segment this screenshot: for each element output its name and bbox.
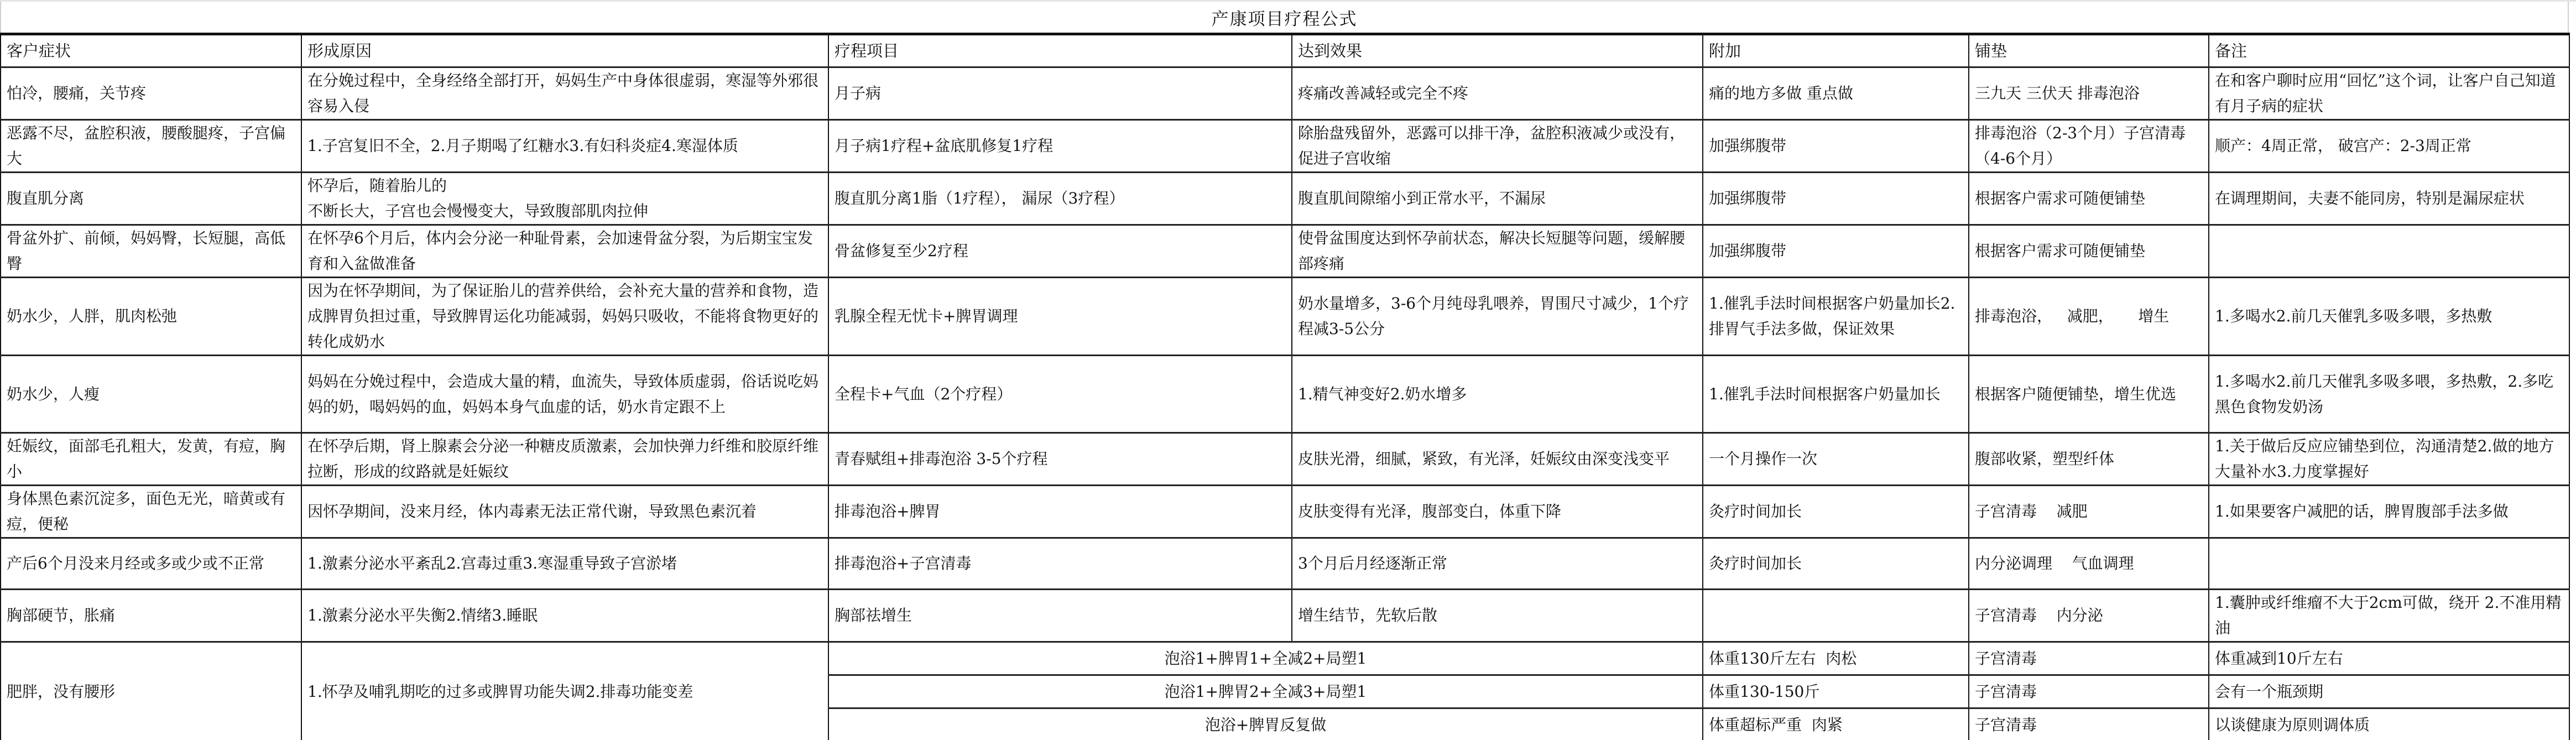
table-row: 妊娠纹，面部毛孔粗大，发黄，有痘，胸小 在怀孕后期，肾上腺素会分泌一种糖皮质激素… [1,433,2569,486]
table-row: 奶水少，人胖，肌肉松弛 因为在怀孕期间，为了保证胎儿的营养供给，会补充大量的营养… [1,278,2569,356]
cell-effect[interactable]: 腹直肌间隙缩小到正常水平，不漏尿 [1292,173,1703,225]
header-extra[interactable]: 附加 [1703,34,1969,67]
cell-effect[interactable]: 增生结节，先软后散 [1292,590,1703,642]
cell-symptom[interactable]: 骨盆外扩、前倾，妈妈臀，长短腿，高低臀 [1,225,301,278]
cell-prep[interactable]: 子宫清毒 [1969,708,2209,740]
table-row: 奶水少，人瘦 妈妈在分娩过程中，会造成大量的精，血流失，导致体质虚弱，俗话说吃妈… [1,356,2569,433]
cell-symptom[interactable]: 奶水少，人胖，肌肉松弛 [1,278,301,356]
header-symptom[interactable]: 客户症状 [1,34,301,67]
cell-note[interactable]: 1.多喝水2.前几天催乳多吸多喂，多热敷 [2209,278,2569,356]
table-row-obesity: 肥胖，没有腰形 1.怀孕及哺乳期吃的过多或脾胃功能失调2.排毒功能变差 泡浴1+… [1,642,2569,675]
cell-prep[interactable]: 排毒泡浴（2-3个月）子宫清毒（4-6个月） [1969,120,2209,173]
cell-program[interactable]: 乳腺全程无忧卡+脾胃调理 [828,278,1292,356]
cell-program[interactable]: 青春赋组+排毒泡浴 3-5个疗程 [828,433,1292,486]
treatment-table: 客户症状 形成原因 疗程项目 达到效果 附加 铺垫 备注 怕冷，腰痛，关节疼 在… [0,33,2570,740]
header-note[interactable]: 备注 [2209,34,2569,67]
cell-cause[interactable]: 妈妈在分娩过程中，会造成大量的精，血流失，导致体质虚弱，俗话说吃妈妈的奶，喝妈妈… [301,356,828,433]
table-row: 身体黑色素沉淀多，面色无光，暗黄或有痘，便秘 因怀孕期间，没来月经，体内毒素无法… [1,486,2569,538]
cell-symptom[interactable]: 肥胖，没有腰形 [1,642,301,740]
cell-note[interactable] [2209,538,2569,590]
cell-prep[interactable]: 内分泌调理 气血调理 [1969,538,2209,590]
cell-symptom[interactable]: 身体黑色素沉淀多，面色无光，暗黄或有痘，便秘 [1,486,301,538]
header-row: 客户症状 形成原因 疗程项目 达到效果 附加 铺垫 备注 [1,34,2569,67]
cell-extra[interactable]: 1.催乳手法时间根据客户奶量加长 [1703,356,1969,433]
cell-program[interactable]: 腹直肌分离1脂（1疗程）， 漏尿（3疗程） [828,173,1292,225]
cell-extra[interactable]: 灸疗时间加长 [1703,538,1969,590]
cell-program[interactable]: 泡浴1+脾胃1+全减2+局塑1 [828,642,1703,675]
cell-note[interactable] [2209,225,2569,278]
cell-extra[interactable]: 体重超标严重 肉紧 [1703,708,1969,740]
cell-program[interactable]: 排毒泡浴+脾胃 [828,486,1292,538]
header-cause[interactable]: 形成原因 [301,34,828,67]
table-row: 腹直肌分离 怀孕后，随着胎儿的 不断长大，子宫也会慢慢变大，导致腹部肌肉拉伸 腹… [1,173,2569,225]
cell-effect[interactable]: 皮肤变得有光泽，腹部变白，体重下降 [1292,486,1703,538]
cell-prep[interactable]: 子宫清毒 减肥 [1969,486,2209,538]
cell-program[interactable]: 胸部祛增生 [828,590,1292,642]
cell-program[interactable]: 月子病 [828,67,1292,120]
spreadsheet: 产康项目疗程公式 客户症状 形成原因 疗程项目 达到效果 附加 铺垫 备注 [0,2,2569,740]
header-effect[interactable]: 达到效果 [1292,34,1703,67]
cell-extra[interactable]: 加强绑腹带 [1703,225,1969,278]
cell-extra[interactable] [1703,590,1969,642]
cell-cause[interactable]: 在怀孕6个月后，体内会分泌一种耻骨素，会加速骨盆分裂，为后期宝宝发育和入盆做准备 [301,225,828,278]
cell-prep[interactable]: 三九天 三伏天 排毒泡浴 [1969,67,2209,120]
cell-extra[interactable]: 痛的地方多做 重点做 [1703,67,1969,120]
cell-note[interactable]: 1.囊肿或纤维瘤不大于2cm可做，绕开 2.不准用精油 [2209,590,2569,642]
cell-cause[interactable]: 怀孕后，随着胎儿的 不断长大，子宫也会慢慢变大，导致腹部肌肉拉伸 [301,173,828,225]
cell-extra[interactable]: 加强绑腹带 [1703,120,1969,173]
cell-effect[interactable]: 奶水量增多，3-6个月纯母乳喂养，胃围尺寸减少，1个疗程减3-5公分 [1292,278,1703,356]
table-row: 怕冷，腰痛，关节疼 在分娩过程中，全身经络全部打开，妈妈生产中身体很虚弱，寒湿等… [1,67,2569,120]
cell-prep[interactable]: 子宫清毒 [1969,675,2209,708]
cell-symptom[interactable]: 产后6个月没来月经或多或少或不正常 [1,538,301,590]
cell-cause[interactable]: 1.激素分泌水平紊乱2.宫毒过重3.寒湿重导致子宫淤堵 [301,538,828,590]
cell-note[interactable]: 1.多喝水2.前几天催乳多吸多喂，多热敷，2.多吃黑色食物发奶汤 [2209,356,2569,433]
cell-effect[interactable]: 疼痛改善减轻或完全不疼 [1292,67,1703,120]
cell-prep[interactable]: 子宫清毒 [1969,642,2209,675]
cell-note[interactable]: 在和客户聊时应用“回忆”这个词，让客户自己知道有月子病的症状 [2209,67,2569,120]
table-row: 恶露不尽，盆腔积液，腰酸腿疼，子宫偏大 1.子宫复旧不全，2.月子期喝了红糖水3… [1,120,2569,173]
cell-effect[interactable]: 3个月后月经逐渐正常 [1292,538,1703,590]
table-row: 产后6个月没来月经或多或少或不正常 1.激素分泌水平紊乱2.宫毒过重3.寒湿重导… [1,538,2569,590]
cell-cause[interactable]: 因怀孕期间，没来月经，体内毒素无法正常代谢，导致黑色素沉着 [301,486,828,538]
table-row: 胸部硬节，胀痛 1.激素分泌水平失衡2.情绪3.睡眠 胸部祛增生 增生结节，先软… [1,590,2569,642]
cell-effect[interactable]: 皮肤光滑，细腻，紧致，有光泽，妊娠纹由深变浅变平 [1292,433,1703,486]
cell-symptom[interactable]: 恶露不尽，盆腔积液，腰酸腿疼，子宫偏大 [1,120,301,173]
cell-program[interactable]: 排毒泡浴+子宫清毒 [828,538,1292,590]
cell-cause[interactable]: 1.子宫复旧不全，2.月子期喝了红糖水3.有妇科炎症4.寒湿体质 [301,120,828,173]
cell-symptom[interactable]: 奶水少，人瘦 [1,356,301,433]
cell-cause[interactable]: 1.激素分泌水平失衡2.情绪3.睡眠 [301,590,828,642]
cell-extra[interactable]: 体重130-150斤 [1703,675,1969,708]
cell-prep[interactable]: 腹部收紧，塑型纤体 [1969,433,2209,486]
cell-extra[interactable]: 灸疗时间加长 [1703,486,1969,538]
cell-symptom[interactable]: 胸部硬节，胀痛 [1,590,301,642]
cell-symptom[interactable]: 腹直肌分离 [1,173,301,225]
cell-note[interactable]: 1.关于做后反应应铺垫到位，沟通清楚2.做的地方大量补水3.力度掌握好 [2209,433,2569,486]
cell-program[interactable]: 全程卡+气血（2个疗程） [828,356,1292,433]
cell-extra[interactable]: 一个月操作一次 [1703,433,1969,486]
cell-extra[interactable]: 体重130斤左右 肉松 [1703,642,1969,675]
cell-note[interactable]: 体重减到10斤左右 [2209,642,2569,675]
cell-prep[interactable]: 根据客户随便铺垫，增生优选 [1969,356,2209,433]
cell-effect[interactable]: 使骨盆围度达到怀孕前状态，解决长短腿等问题，缓解腰部疼痛 [1292,225,1703,278]
cell-note[interactable]: 顺产：4周正常， 破宫产：2-3周正常 [2209,120,2569,173]
cell-extra[interactable]: 加强绑腹带 [1703,173,1969,225]
cell-program[interactable]: 骨盆修复至少2疗程 [828,225,1292,278]
cell-prep[interactable]: 根据客户需求可随便铺垫 [1969,173,2209,225]
cell-extra[interactable]: 1.催乳手法时间根据客户奶量加长2.排胃气手法多做，保证效果 [1703,278,1969,356]
cell-note[interactable]: 以谈健康为原则调体质 [2209,708,2569,740]
cell-cause[interactable]: 在怀孕后期，肾上腺素会分泌一种糖皮质激素，会加快弹力纤维和胶原纤维拉断，形成的纹… [301,433,828,486]
table-row: 骨盆外扩、前倾，妈妈臀，长短腿，高低臀 在怀孕6个月后，体内会分泌一种耻骨素，会… [1,225,2569,278]
cell-effect[interactable]: 1.精气神变好2.奶水增多 [1292,356,1703,433]
cell-prep[interactable]: 根据客户需求可随便铺垫 [1969,225,2209,278]
cell-cause[interactable]: 1.怀孕及哺乳期吃的过多或脾胃功能失调2.排毒功能变差 [301,642,828,740]
cell-symptom[interactable]: 怕冷，腰痛，关节疼 [1,67,301,120]
sheet-title: 产康项目疗程公式 [0,2,2569,33]
cell-program[interactable]: 泡浴1+脾胃2+全减3+局塑1 [828,675,1703,708]
cell-cause[interactable]: 在分娩过程中，全身经络全部打开，妈妈生产中身体很虚弱，寒湿等外邪很容易入侵 [301,67,828,120]
cell-effect[interactable]: 除胎盘残留外，恶露可以排干净，盆腔积液减少或没有，促进子宫收缩 [1292,120,1703,173]
cell-prep[interactable]: 排毒泡浴， 减肥， 增生 [1969,278,2209,356]
cell-prep[interactable]: 子宫清毒 内分泌 [1969,590,2209,642]
cell-note[interactable]: 1.如果要客户减肥的话，脾胃腹部手法多做 [2209,486,2569,538]
cell-program[interactable]: 泡浴+脾胃反复做 [828,708,1703,740]
header-prep[interactable]: 铺垫 [1969,34,2209,67]
cell-program[interactable]: 月子病1疗程+盆底肌修复1疗程 [828,120,1292,173]
cell-note[interactable]: 会有一个瓶颈期 [2209,675,2569,708]
cell-cause[interactable]: 因为在怀孕期间，为了保证胎儿的营养供给，会补充大量的营养和食物，造成脾胃负担过重… [301,278,828,356]
cell-symptom[interactable]: 妊娠纹，面部毛孔粗大，发黄，有痘，胸小 [1,433,301,486]
header-program[interactable]: 疗程项目 [828,34,1292,67]
cell-note[interactable]: 在调理期间，夫妻不能同房，特别是漏尿症状 [2209,173,2569,225]
